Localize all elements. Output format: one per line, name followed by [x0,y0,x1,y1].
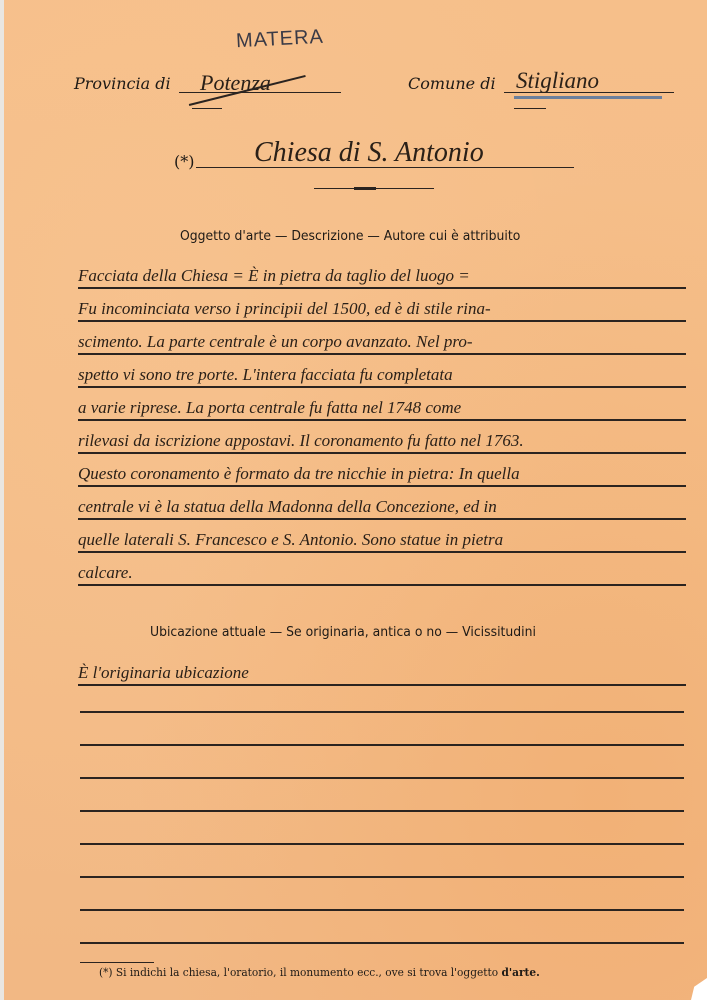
comune-blue-underline [514,96,662,99]
description-line: calcare. [78,562,686,586]
blank-ruled-line [80,810,684,812]
province-stamp: MATERA [235,26,324,54]
blank-ruled-line [80,744,684,746]
description-line: Facciata della Chiesa = È in pietra da t… [78,265,686,289]
torn-corner [691,978,707,1000]
description-line: scimento. La parte centrale è un corpo a… [78,331,686,355]
description-line: Fu incominciata verso i principii del 15… [78,298,686,322]
blank-ruled-line [80,843,684,845]
blank-ruled-line [80,711,684,713]
footnote: (*) Si indichi la chiesa, l'oratorio, il… [99,965,540,979]
blank-ruled-line [80,876,684,878]
title-value: Chiesa di S. Antonio [254,137,484,169]
description-line: centrale vi è la statua della Madonna de… [78,496,686,520]
comune-value: Stigliano [516,68,599,94]
title-divider-center [354,187,376,190]
document-page: MATERA Provincia di Potenza Comune di St… [4,0,707,1000]
description-line: spetto vi sono tre porte. L'intera facci… [78,364,686,388]
title-marker: (*) [174,152,194,171]
blank-ruled-line [80,909,684,911]
section2-heading: Ubicazione attuale — Se originaria, anti… [150,624,536,640]
footnote-separator [80,962,154,963]
description-line: rilevasi da iscrizione appostavi. Il cor… [78,430,686,454]
section1-heading: Oggetto d'arte — Descrizione — Autore cu… [180,228,520,244]
description-line: a varie riprese. La porta centrale fu fa… [78,397,686,421]
flourish [514,108,546,109]
blank-ruled-line [80,777,684,779]
comune-label: Comune di [408,74,496,93]
provincia-label: Provincia di [74,74,171,93]
footnote-text: (*) Si indichi la chiesa, l'oratorio, il… [99,965,501,979]
footnote-bold: d'arte. [501,965,539,979]
flourish [192,108,222,109]
description-line: quelle laterali S. Francesco e S. Antoni… [78,529,686,553]
blank-ruled-line [80,942,684,944]
location-line: È l'originaria ubicazione [78,662,686,686]
description-line: Questo coronamento è formato da tre nicc… [78,463,686,487]
